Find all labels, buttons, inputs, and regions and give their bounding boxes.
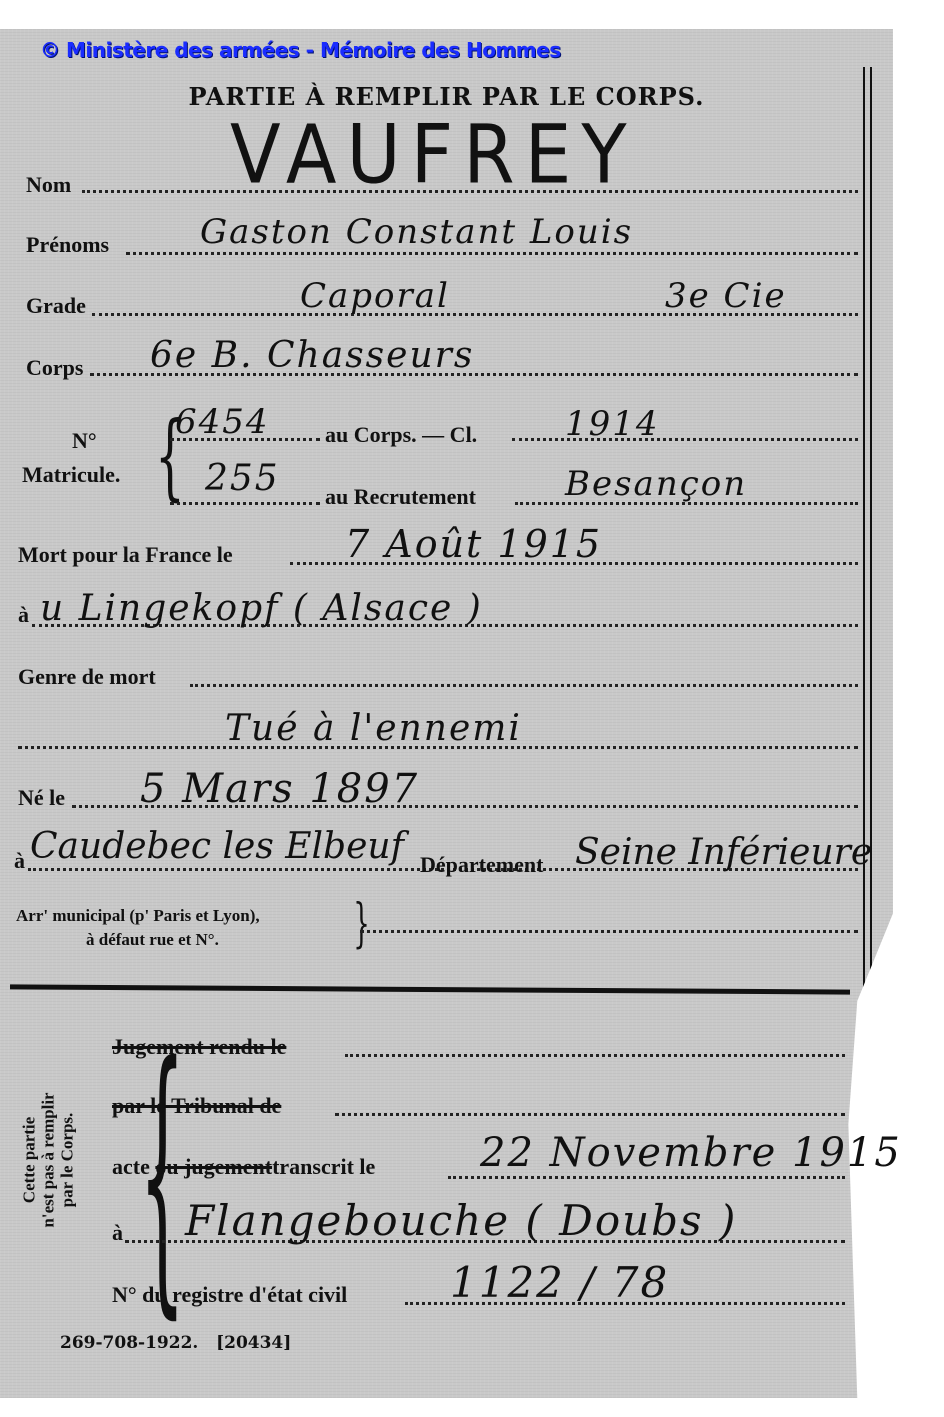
ne-le-value: 5 Mars 1897	[140, 766, 419, 812]
lieu-naissance-value: Caudebec les Elbeuf	[30, 826, 404, 867]
lieu-transcription-value: Flangebouche ( Doubs )	[185, 1196, 737, 1245]
form-heading: PARTIE À REMPLIR PAR LE CORPS.	[0, 82, 893, 111]
transcrit-label: acte ou jugementtranscrit le	[112, 1154, 375, 1180]
jugement-label: Jugement rendu le	[112, 1034, 286, 1060]
lieu-mort-value: u Lingekopf ( Alsace )	[40, 588, 483, 629]
copyright-watermark: © Ministère des armées - Mémoire des Hom…	[40, 38, 561, 62]
transcrit-line	[448, 1176, 845, 1179]
matricule-label-no: N°	[72, 428, 97, 454]
genre-mort-value: Tué à l'ennemi	[225, 708, 522, 749]
nom-line	[82, 190, 858, 193]
genre-mort-line	[190, 684, 858, 687]
classe-line	[512, 438, 858, 441]
classe-value: 1914	[565, 404, 660, 444]
tribunal-line	[335, 1113, 845, 1116]
lieu-transcription-label: à	[112, 1220, 123, 1246]
lieu-naissance-label: à	[14, 848, 25, 874]
nom-label: Nom	[26, 172, 71, 198]
au-corps-value: 6454	[175, 402, 270, 442]
registre-value: 1122 / 78	[450, 1258, 669, 1307]
prenoms-value: Gaston Constant Louis	[200, 212, 633, 252]
arrondissement-label-1: Arr' municipal (p' Paris et Lyon),	[16, 906, 260, 926]
recrutement-number-line	[170, 502, 320, 505]
nom-value: VAUFREY	[230, 108, 637, 203]
prenoms-line	[126, 252, 858, 255]
departement-label: Département	[420, 852, 543, 878]
departement-value: Seine Inférieure	[575, 832, 872, 873]
transcrit-value: 22 Novembre 1915	[480, 1130, 902, 1176]
lieu-mort-label: à	[18, 602, 29, 628]
arrondissement-label-2: à défaut rue et N°.	[86, 930, 219, 950]
grade-label: Grade	[26, 293, 86, 319]
mort-value: 7 Août 1915	[345, 522, 602, 566]
grade-company: 3e Cie	[665, 276, 787, 316]
tribunal-label: par le Tribunal de	[112, 1093, 281, 1119]
side-note: Cette partie n'est pas à remplir par le …	[8, 1070, 88, 1250]
registre-label: N° du registre d'état civil	[112, 1282, 347, 1308]
recrutement-number: 255	[205, 458, 280, 499]
print-reference: 269-708-1922. [20434]	[60, 1333, 291, 1353]
ne-le-label: Né le	[18, 785, 65, 811]
grade-value: Caporal	[300, 276, 450, 316]
au-corps-label: au Corps. — Cl.	[325, 422, 477, 448]
recrutement-label: au Recrutement	[325, 484, 476, 510]
margin-line	[870, 67, 872, 1397]
prenoms-label: Prénoms	[26, 232, 109, 258]
arrondissement-brace: }	[353, 898, 370, 950]
genre-mort-label: Genre de mort	[18, 664, 156, 690]
margin-line	[863, 67, 865, 1397]
jugement-line	[345, 1054, 845, 1057]
recrutement-value: Besançon	[565, 464, 747, 504]
mort-label: Mort pour la France le	[18, 542, 233, 568]
matricule-label: Matricule.	[22, 462, 120, 488]
corps-value: 6e B. Chasseurs	[150, 335, 474, 376]
arrondissement-line	[360, 930, 858, 933]
corps-label: Corps	[26, 355, 83, 381]
